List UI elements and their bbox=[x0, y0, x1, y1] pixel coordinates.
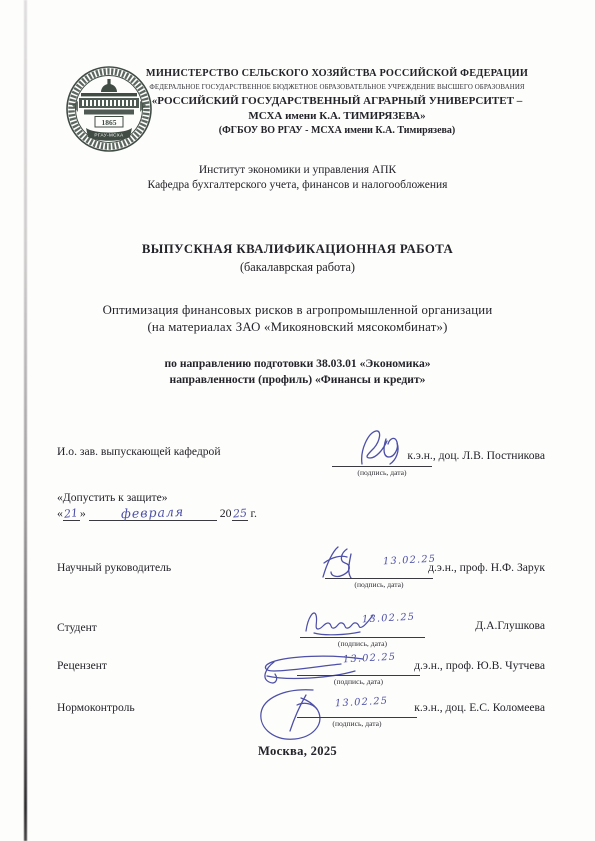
date-suffix: г. bbox=[250, 506, 256, 520]
supervisor-name: д.э.н., проф. Н.Ф. Зарук bbox=[428, 561, 545, 574]
reviewer-name: д.э.н., проф. Ю.В. Чутчева bbox=[414, 659, 545, 672]
university-name-line2: МСХА имени К.А. ТИМИРЯЗЕВА» bbox=[128, 109, 546, 123]
signature-caption: (подпись, дата) bbox=[297, 719, 417, 728]
defence-date-line: «21» февраля 2025 г. bbox=[57, 506, 257, 521]
norm-control-label: Нормоконтроль bbox=[57, 701, 135, 714]
head-of-department-label: И.о. зав. выпускающей кафедрой bbox=[57, 445, 221, 458]
work-subtype: (бакалаврская работа) bbox=[0, 260, 595, 275]
handwritten-year: 25 bbox=[232, 507, 247, 521]
student-label: Студент bbox=[57, 621, 97, 634]
ministry-line: МИНИСТЕРСТВО СЕЛЬСКОГО ХОЗЯЙСТВА РОССИЙС… bbox=[128, 68, 546, 81]
work-type-title: ВЫПУСКНАЯ КВАЛИФИКАЦИОННАЯ РАБОТА bbox=[0, 242, 595, 257]
university-name-line1: «РОССИЙСКИЙ ГОСУДАРСТВЕННЫЙ АГРАРНЫЙ УНИ… bbox=[128, 94, 546, 108]
university-name: «РОССИЙСКИЙ ГОСУДАРСТВЕННЫЙ АГРАРНЫЙ УНИ… bbox=[128, 94, 546, 123]
thesis-topic: Оптимизация финансовых рисков в агропром… bbox=[0, 302, 595, 336]
institute-name: Институт экономики и управления АПК bbox=[0, 163, 595, 178]
norm-control-date: 13.02.25 bbox=[335, 696, 389, 710]
department-name: Кафедра бухгалтерского учета, финансов и… bbox=[0, 178, 595, 193]
student-name: Д.А.Глушкова bbox=[475, 619, 545, 632]
study-program-line2: направленности (профиль) «Финансы и кред… bbox=[0, 372, 595, 388]
signature-caption: (подпись, дата) bbox=[300, 639, 425, 648]
thesis-topic-line1: Оптимизация финансовых рисков в агропром… bbox=[0, 302, 595, 319]
seal-year: 1865 bbox=[102, 118, 117, 127]
supervisor-row: Научный руководитель 13.02.25 (подпись, … bbox=[57, 556, 545, 606]
signature-caption: (подпись, дата) bbox=[332, 468, 432, 477]
student-date: 13.02.25 bbox=[362, 612, 416, 626]
date-close-quote: » bbox=[80, 506, 86, 520]
scan-page-edge bbox=[24, 0, 27, 841]
reviewer-date: 13.02.25 bbox=[343, 652, 397, 666]
head-signature-icon bbox=[354, 427, 406, 467]
supervisor-label: Научный руководитель bbox=[57, 561, 171, 574]
study-program: по направлению подготовки 38.03.01 «Экон… bbox=[0, 356, 595, 389]
norm-control-row: Нормоконтроль 13.02.25 (подпись, дата) к… bbox=[57, 696, 545, 746]
signature-caption: (подпись, дата) bbox=[325, 580, 433, 589]
norm-control-name: к.э.н., доц. Е.С. Коломеева bbox=[414, 701, 545, 714]
document-header: МИНИСТЕРСТВО СЕЛЬСКОГО ХОЗЯЙСТВА РОССИЙС… bbox=[128, 68, 546, 138]
supervisor-signature-icon bbox=[317, 544, 375, 582]
date-month-blank: февраля bbox=[89, 506, 217, 521]
reviewer-label: Рецензент bbox=[57, 659, 107, 672]
head-of-department-row: И.о. зав. выпускающей кафедрой (подпись,… bbox=[57, 440, 545, 490]
city-year-footer: Москва, 2025 bbox=[0, 744, 595, 759]
study-program-line1: по направлению подготовки 38.03.01 «Экон… bbox=[0, 356, 595, 372]
admit-to-defence-block: «Допустить к защите» «21» февраля 2025 г… bbox=[57, 491, 168, 504]
signature-caption: (подпись, дата) bbox=[297, 677, 420, 686]
date-day-blank: 21 bbox=[63, 507, 80, 521]
date-year-blank: 25 bbox=[232, 507, 248, 521]
norm-control-signature-icon bbox=[257, 686, 352, 746]
head-of-department-name: к.э.н., доц. Л.В. Постникова bbox=[407, 449, 545, 462]
date-year-printed: 20 bbox=[220, 506, 232, 520]
thesis-title-page: 1865 РГАУ-МСХА МИНИСТЕРСТВО СЕЛЬСКОГО ХО… bbox=[0, 0, 595, 841]
institution-type-line: ФЕДЕРАЛЬНОЕ ГОСУДАРСТВЕННОЕ БЮДЖЕТНОЕ ОБ… bbox=[128, 84, 546, 93]
handwritten-month: февраля bbox=[121, 505, 185, 520]
thesis-topic-line2: (на материалах ЗАО «Микояновский мясоком… bbox=[0, 319, 595, 336]
handwritten-day: 21 bbox=[64, 506, 79, 520]
admit-to-defence-label: «Допустить к защите» bbox=[57, 491, 168, 504]
seal-ribbon-text: РГАУ-МСХА bbox=[94, 133, 124, 138]
institute-block: Институт экономики и управления АПК Кафе… bbox=[0, 163, 595, 192]
university-abbreviation: (ФГБОУ ВО РГАУ - МСХА имени К.А. Тимиряз… bbox=[128, 125, 546, 138]
